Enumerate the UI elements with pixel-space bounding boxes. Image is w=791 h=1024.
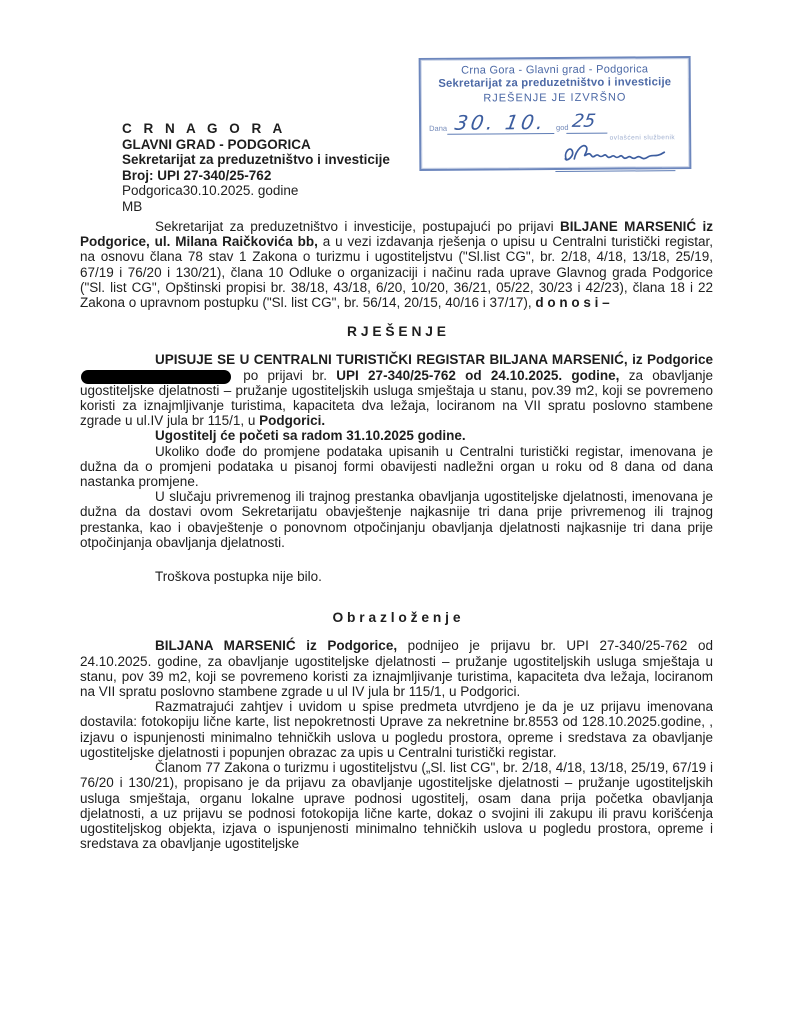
paragraph-ugostitelj: Ugostitelj će početi sa radom 31.10.2025… [80,428,713,443]
paragraph-troskovi: Troškova postupka nije bilo. [80,569,713,584]
letterhead-case-number: Broj: UPI 27-340/25-762 [122,168,390,184]
letterhead-city: GLAVNI GRAD - PODGORICA [122,137,390,153]
letterhead-department: Sekretarijat za preduzetništvo i investi… [122,152,390,168]
paragraph-uslucaju: U slučaju privremenog ili trajnog presta… [80,489,713,550]
stamp-signature-area: ovlašćeni službenik [429,134,681,173]
stamp-authority-line: Crna Gora - Glavni grad - Podgorica [429,63,681,77]
letterhead-initials: MB [122,199,390,215]
stamp-date-row: Dana 30. 10. god 25 [429,105,681,135]
stamp-date-label: Dana [429,124,447,135]
letterhead-place-date: Podgorica30.10.2025. godine [122,183,390,199]
stamp-officer-label: ovlašćeni službenik [610,134,676,141]
redaction-box [81,370,231,384]
stamp-handwritten-year: 25 [567,113,611,134]
stamp-handwritten-date: 30. 10. [447,112,558,135]
scanned-document-page: C R N A G O R A GLAVNI GRAD - PODGORICA … [0,0,791,1024]
heading-obrazlozenje: O b r a z l o ž e n j e [80,610,713,625]
handwritten-signature-icon [555,139,675,172]
intro-paragraph: Sekretarijat za preduzetništvo i investi… [80,219,713,310]
stamp-executed-line: RJEŠENJE JE IZVRŠNO [429,91,681,105]
paragraph-ukoliko: Ukoliko dođe do promjene podataka upisan… [80,444,713,490]
paragraph-clanom: Članom 77 Zakona o turizmu i ugostiteljs… [80,760,713,851]
stamp-department-line: Sekretarijat za preduzetništvo i investi… [429,76,681,90]
letterhead: C R N A G O R A GLAVNI GRAD - PODGORICA … [122,121,390,215]
paragraph-upisuje: UPISUJE SE U CENTRALNI TURISTIČKI REGIST… [80,352,713,428]
paragraph-biljana: BILJANA MARSENIĆ iz Podgorice, podnijeo … [80,638,713,699]
execution-stamp: Crna Gora - Glavni grad - Podgorica Sekr… [419,56,692,171]
paragraph-razmatrajuci: Razmatrajući zahtjev i uvidom u spise pr… [80,699,713,760]
letterhead-country: C R N A G O R A [122,121,390,137]
document-body: Sekretarijat za preduzetništvo i investi… [80,219,713,851]
heading-rjesenje: R J E Š E N J E [80,324,713,339]
